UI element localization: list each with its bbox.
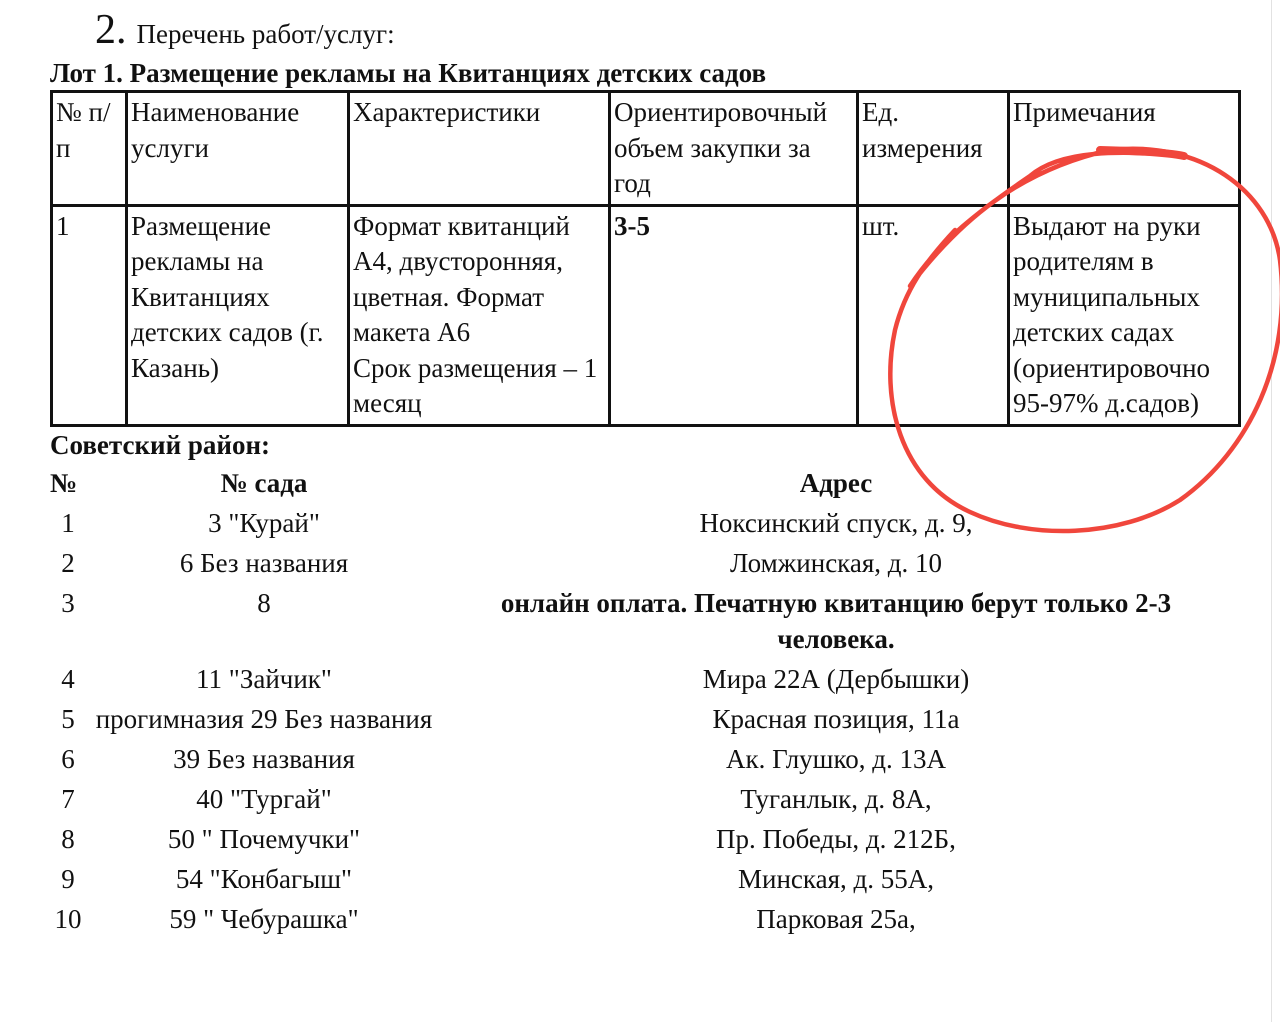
garden-row-number: 3	[50, 585, 86, 621]
garden-row-number: 4	[50, 661, 86, 697]
lot-table-header: № п/ п Наименование услуги Характеристик…	[52, 92, 1240, 206]
col-header-unit: Ед. измерения	[858, 92, 1009, 206]
col-header-characteristics: Характеристики	[349, 92, 610, 206]
garden-row-number: 8	[50, 821, 86, 857]
gardens-header: № № сада Адрес	[50, 465, 1230, 501]
gardens-col-address: Адрес	[442, 465, 1230, 501]
section-title: Перечень работ/услуг:	[137, 19, 395, 49]
garden-name: 59 " Чебурашка"	[86, 901, 442, 937]
col-header-service: Наименование услуги	[127, 92, 349, 206]
list-item: 740 "Тургай"Туганлык, д. 8А,	[50, 781, 1230, 817]
garden-row-number: 10	[50, 901, 86, 937]
list-item: 954 "Конбагыш"Минская, д. 55А,	[50, 861, 1230, 897]
garden-address: Красная позиция, 11а	[442, 701, 1230, 737]
cell-unit: шт.	[858, 205, 1009, 425]
garden-address: Минская, д. 55А,	[442, 861, 1230, 897]
gardens-col-garden: № сада	[86, 465, 442, 501]
garden-row-number: 1	[50, 505, 86, 541]
garden-name: 3 "Курай"	[86, 505, 442, 541]
cell-characteristics: Формат квитанций А4, двусторонняя, цветн…	[349, 205, 610, 425]
list-item: 411 "Зайчик"Мира 22А (Дербышки)	[50, 661, 1230, 697]
garden-name: 6 Без названия	[86, 545, 442, 581]
col-header-notes: Примечания	[1009, 92, 1240, 206]
district-title: Советский район:	[50, 428, 270, 462]
garden-name: 39 Без названия	[86, 741, 442, 777]
garden-address: онлайн оплата. Печатную квитанцию берут …	[442, 585, 1230, 657]
list-item: 639 Без названияАк. Глушко, д. 13А	[50, 741, 1230, 777]
lot-table: № п/ п Наименование услуги Характеристик…	[50, 90, 1241, 427]
lot-title: Лот 1. Размещение рекламы на Квитанциях …	[50, 56, 766, 90]
garden-row-number: 7	[50, 781, 86, 817]
garden-name: 11 "Зайчик"	[86, 661, 442, 697]
garden-address: Ноксинский спуск, д. 9,	[442, 505, 1230, 541]
list-item: 26 Без названияЛомжинская, д. 10	[50, 545, 1230, 581]
section-heading: 2. Перечень работ/услуг:	[95, 6, 395, 58]
garden-row-number: 2	[50, 545, 86, 581]
garden-row-number: 6	[50, 741, 86, 777]
section-number: 2.	[95, 7, 127, 53]
list-item: 13 "Курай"Ноксинский спуск, д. 9,	[50, 505, 1230, 541]
list-item: 38онлайн оплата. Печатную квитанцию беру…	[50, 585, 1230, 657]
garden-address: Мира 22А (Дербышки)	[442, 661, 1230, 697]
garden-name: 50 " Почемучки"	[86, 821, 442, 857]
gardens-rows: 13 "Курай"Ноксинский спуск, д. 9,26 Без …	[50, 505, 1230, 937]
garden-name: 54 "Конбагыш"	[86, 861, 442, 897]
garden-address: Ломжинская, д. 10	[442, 545, 1230, 581]
garden-name: 40 "Тургай"	[86, 781, 442, 817]
garden-address: Туганлык, д. 8А,	[442, 781, 1230, 817]
garden-row-number: 9	[50, 861, 86, 897]
list-item: 5прогимназия 29 Без названияКрасная пози…	[50, 701, 1230, 737]
garden-address: Ак. Глушко, д. 13А	[442, 741, 1230, 777]
list-item: 1059 " Чебурашка"Парковая 25а,	[50, 901, 1230, 937]
col-header-number: № п/ п	[52, 92, 127, 206]
gardens-col-number: №	[50, 465, 86, 501]
cell-volume: 3-5	[610, 205, 858, 425]
page-edge-divider	[1271, 0, 1272, 1022]
garden-address: Парковая 25а,	[442, 901, 1230, 937]
cell-service: Размещение рекламы на Квитанциях детских…	[127, 205, 349, 425]
list-item: 850 " Почемучки"Пр. Победы, д. 212Б,	[50, 821, 1230, 857]
table-row: 1 Размещение рекламы на Квитанциях детск…	[52, 205, 1240, 425]
gardens-list: № № сада Адрес 13 "Курай"Ноксинский спус…	[50, 465, 1230, 941]
garden-name: 8	[86, 585, 442, 621]
cell-number: 1	[52, 205, 127, 425]
garden-name: прогимназия 29 Без названия	[86, 701, 442, 737]
col-header-volume: Ориентировочный объем закупки за год	[610, 92, 858, 206]
garden-address: Пр. Победы, д. 212Б,	[442, 821, 1230, 857]
garden-row-number: 5	[50, 701, 86, 737]
cell-notes: Выдают на руки родителям в муниципальных…	[1009, 205, 1240, 425]
